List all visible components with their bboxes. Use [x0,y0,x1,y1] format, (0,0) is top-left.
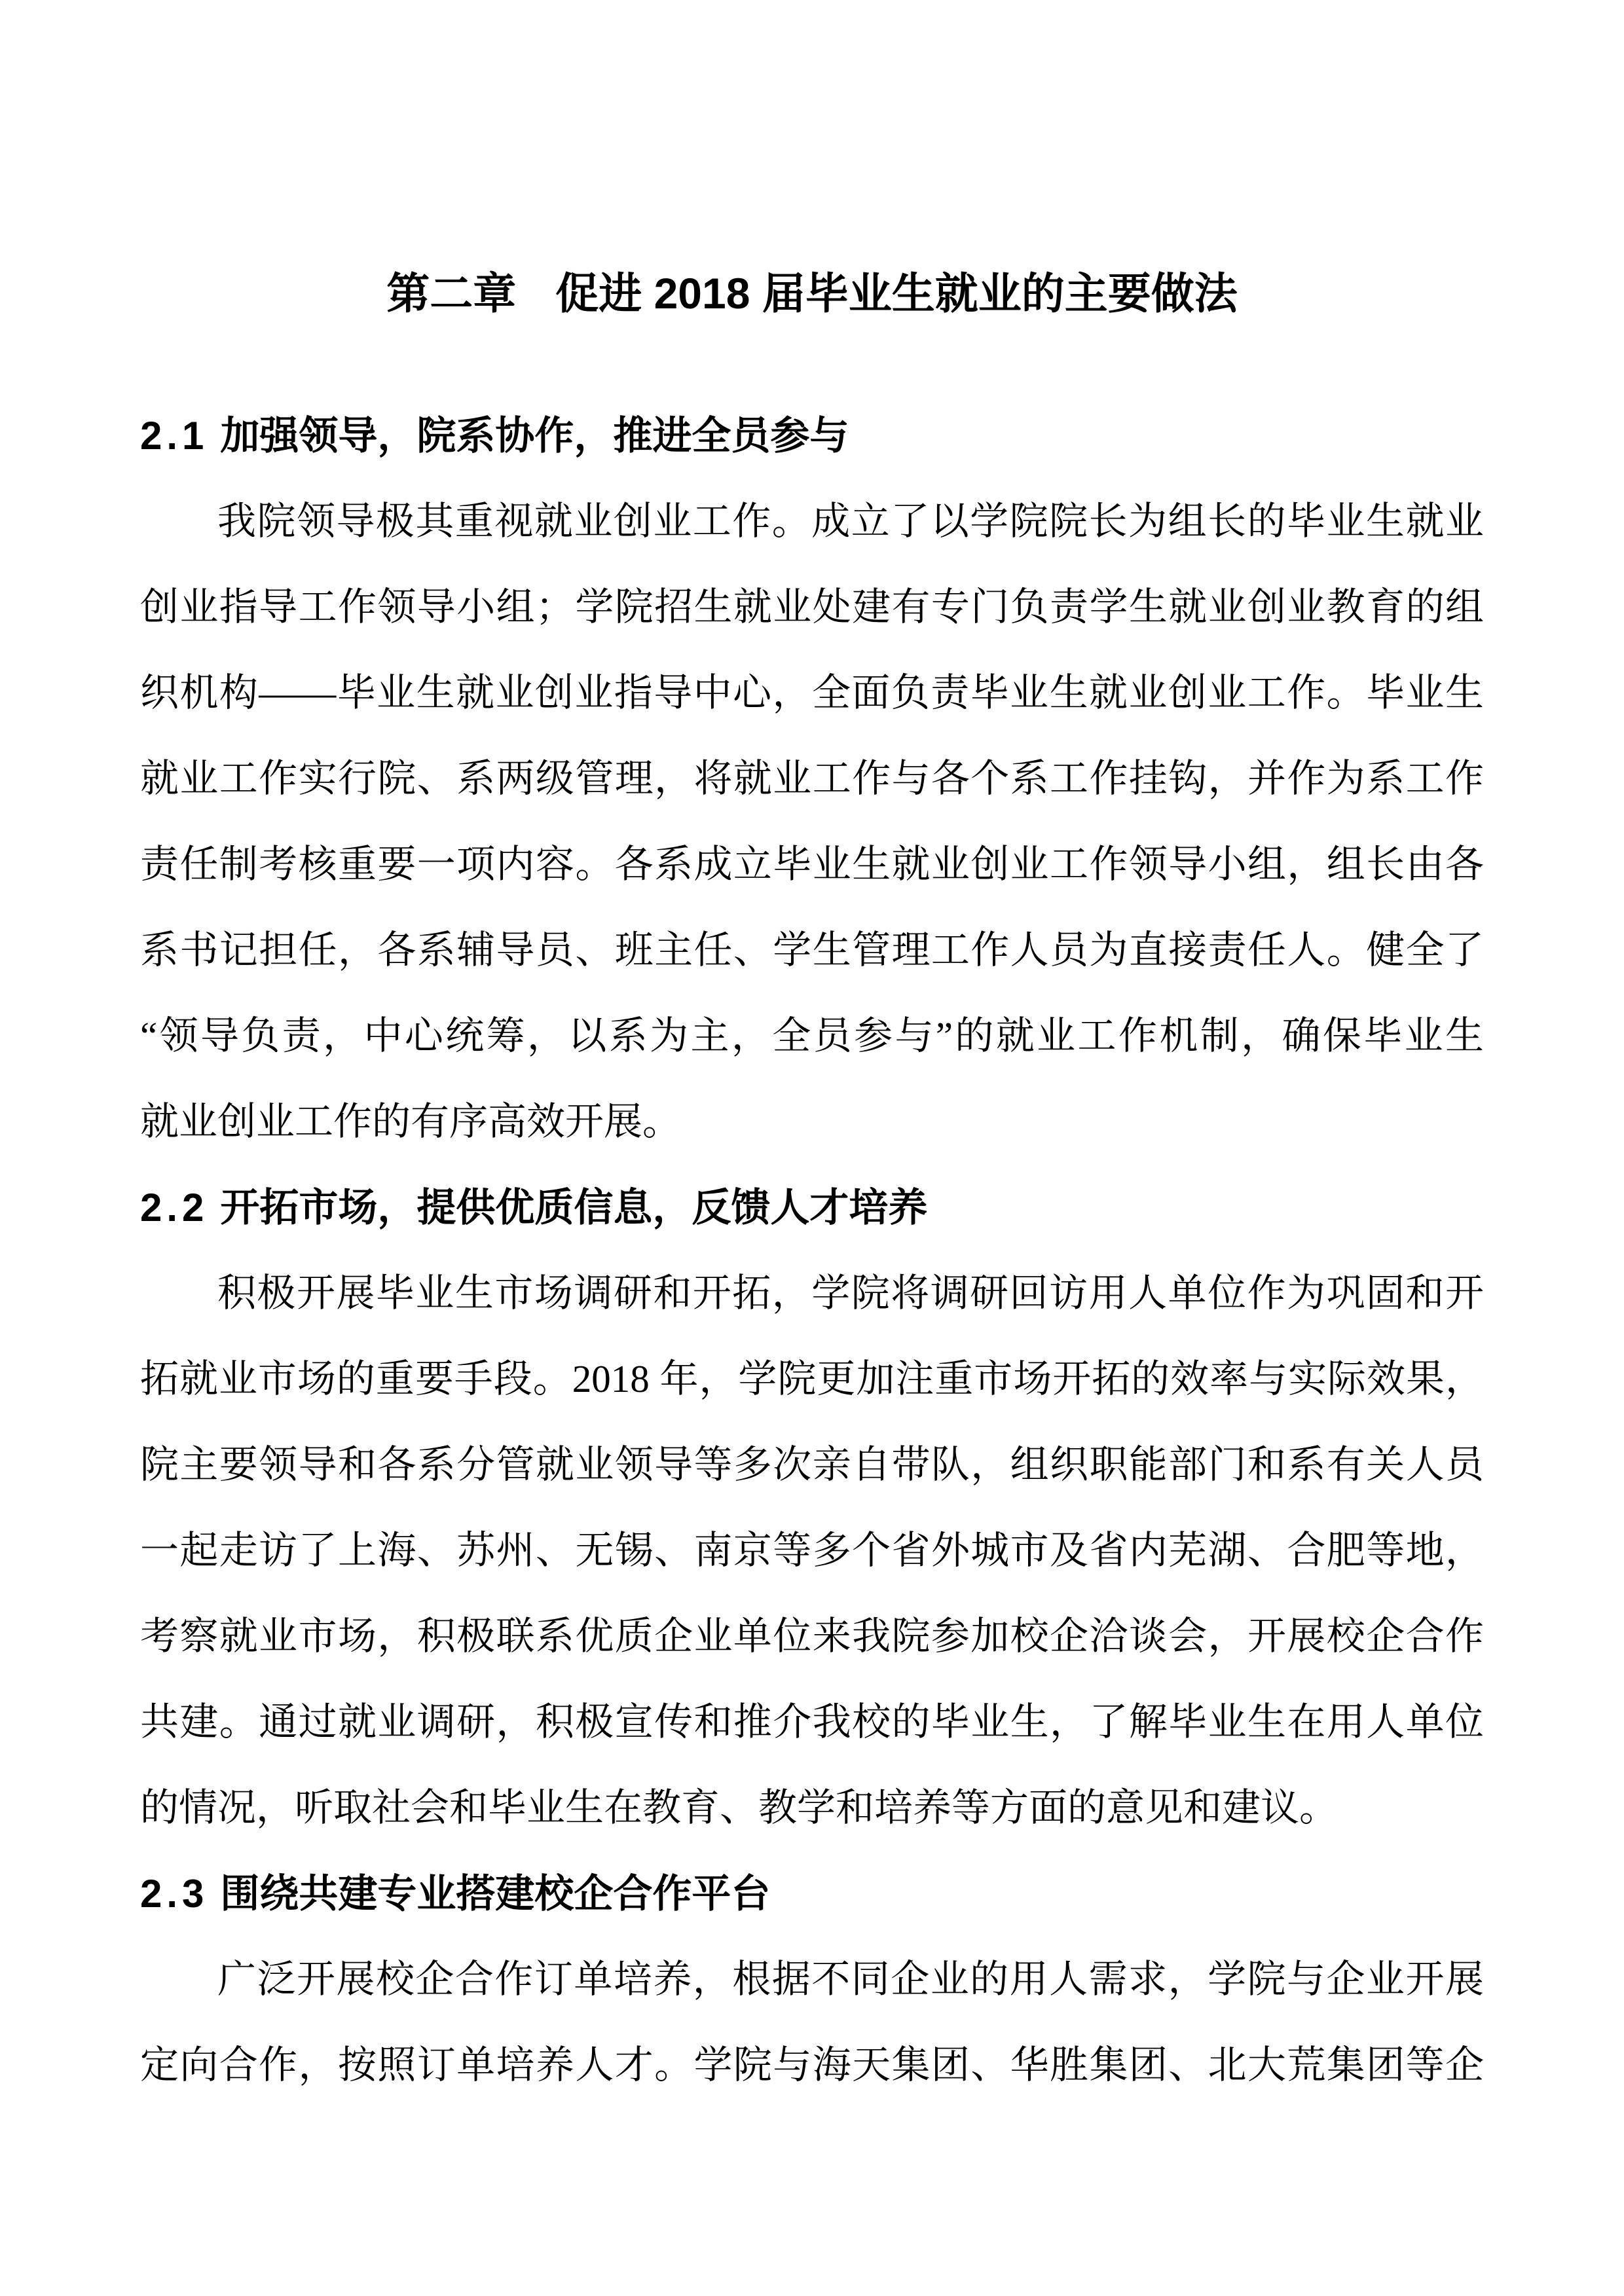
paragraph-line: 考察就业市场，积极联系优质企业单位来我院参加校企洽谈会，开展校企合作 [140,1594,1484,1679]
chapter-title: 第二章促进 2018 届毕业生就业的主要做法 [140,261,1484,326]
paragraph-line: “领导负责，中心统筹，以系为主，全员参与”的就业工作机制，确保毕业生 [140,993,1484,1079]
section-2.2: 2.2开拓市场，提供优质信息，反馈人才培养积极开展毕业生市场调研和开拓，学院将调… [140,1165,1484,1851]
section-2.1: 2.1加强领导，院系协作，推进全员参与我院领导极其重视就业创业工作。成立了以学院… [140,393,1484,1165]
chapter-title-text: 促进 2018 届毕业生就业的主要做法 [555,269,1238,318]
section-heading: 2.1加强领导，院系协作，推进全员参与 [140,393,1484,479]
paragraph-line: 我院领导极其重视就业创业工作。成立了以学院院长为组长的毕业生就业 [140,479,1484,564]
paragraph-line: 共建。通过就业调研，积极宣传和推介我校的毕业生，了解毕业生在用人单位 [140,1679,1484,1765]
paragraph-line: 系书记担任，各系辅导员、班主任、学生管理工作人员为直接责任人。健全了 [140,907,1484,993]
paragraph-line: 院主要领导和各系分管就业领导等多次亲自带队，组织职能部门和系有关人员 [140,1422,1484,1508]
section-heading: 2.3围绕共建专业搭建校企合作平台 [140,1851,1484,1937]
paragraph-line: 织机构——毕业生就业创业指导中心，全面负责毕业生就业创业工作。毕业生 [140,650,1484,736]
paragraph-line: 一起走访了上海、苏州、无锡、南京等多个省外城市及省内芜湖、合肥等地， [140,1508,1484,1594]
paragraph-line: 就业工作实行院、系两级管理，将就业工作与各个系工作挂钩，并作为系工作 [140,736,1484,822]
section-number: 2.2 [140,1186,208,1230]
paragraph-line: 定向合作，按照订单培养人才。学院与海天集团、华胜集团、北大荒集团等企 [140,2022,1484,2108]
section-heading-text: 加强领导，院系协作，推进全员参与 [220,414,849,458]
section-heading-text: 围绕共建专业搭建校企合作平台 [220,1872,770,1916]
page-content: 第二章促进 2018 届毕业生就业的主要做法 2.1加强领导，院系协作，推进全员… [0,0,1624,2108]
paragraph-line: 的情况，听取社会和毕业生在教育、教学和培养等方面的意见和建议。 [140,1765,1484,1851]
chapter-number: 第二章 [386,269,516,318]
document-page: 第二章促进 2018 届毕业生就业的主要做法 2.1加强领导，院系协作，推进全员… [0,0,1624,2296]
sections: 2.1加强领导，院系协作，推进全员参与我院领导极其重视就业创业工作。成立了以学院… [140,393,1484,2108]
section-number: 2.1 [140,414,208,458]
section-number: 2.3 [140,1872,208,1916]
paragraph-line: 拓就业市场的重要手段。2018 年，学院更加注重市场开拓的效率与实际效果， [140,1336,1484,1422]
paragraph-line: 责任制考核重要一项内容。各系成立毕业生就业创业工作领导小组，组长由各 [140,822,1484,907]
paragraph-line: 就业创业工作的有序高效开展。 [140,1079,1484,1165]
section-heading-text: 开拓市场，提供优质信息，反馈人才培养 [220,1186,927,1230]
paragraph-line: 积极开展毕业生市场调研和开拓，学院将调研回访用人单位作为巩固和开 [140,1250,1484,1336]
paragraph-line: 广泛开展校企合作订单培养，根据不同企业的用人需求，学院与企业开展 [140,1937,1484,2022]
paragraph-line: 创业指导工作领导小组；学院招生就业处建有专门负责学生就业创业教育的组 [140,564,1484,650]
section-heading: 2.2开拓市场，提供优质信息，反馈人才培养 [140,1165,1484,1250]
section-2.3: 2.3围绕共建专业搭建校企合作平台广泛开展校企合作订单培养，根据不同企业的用人需… [140,1851,1484,2108]
